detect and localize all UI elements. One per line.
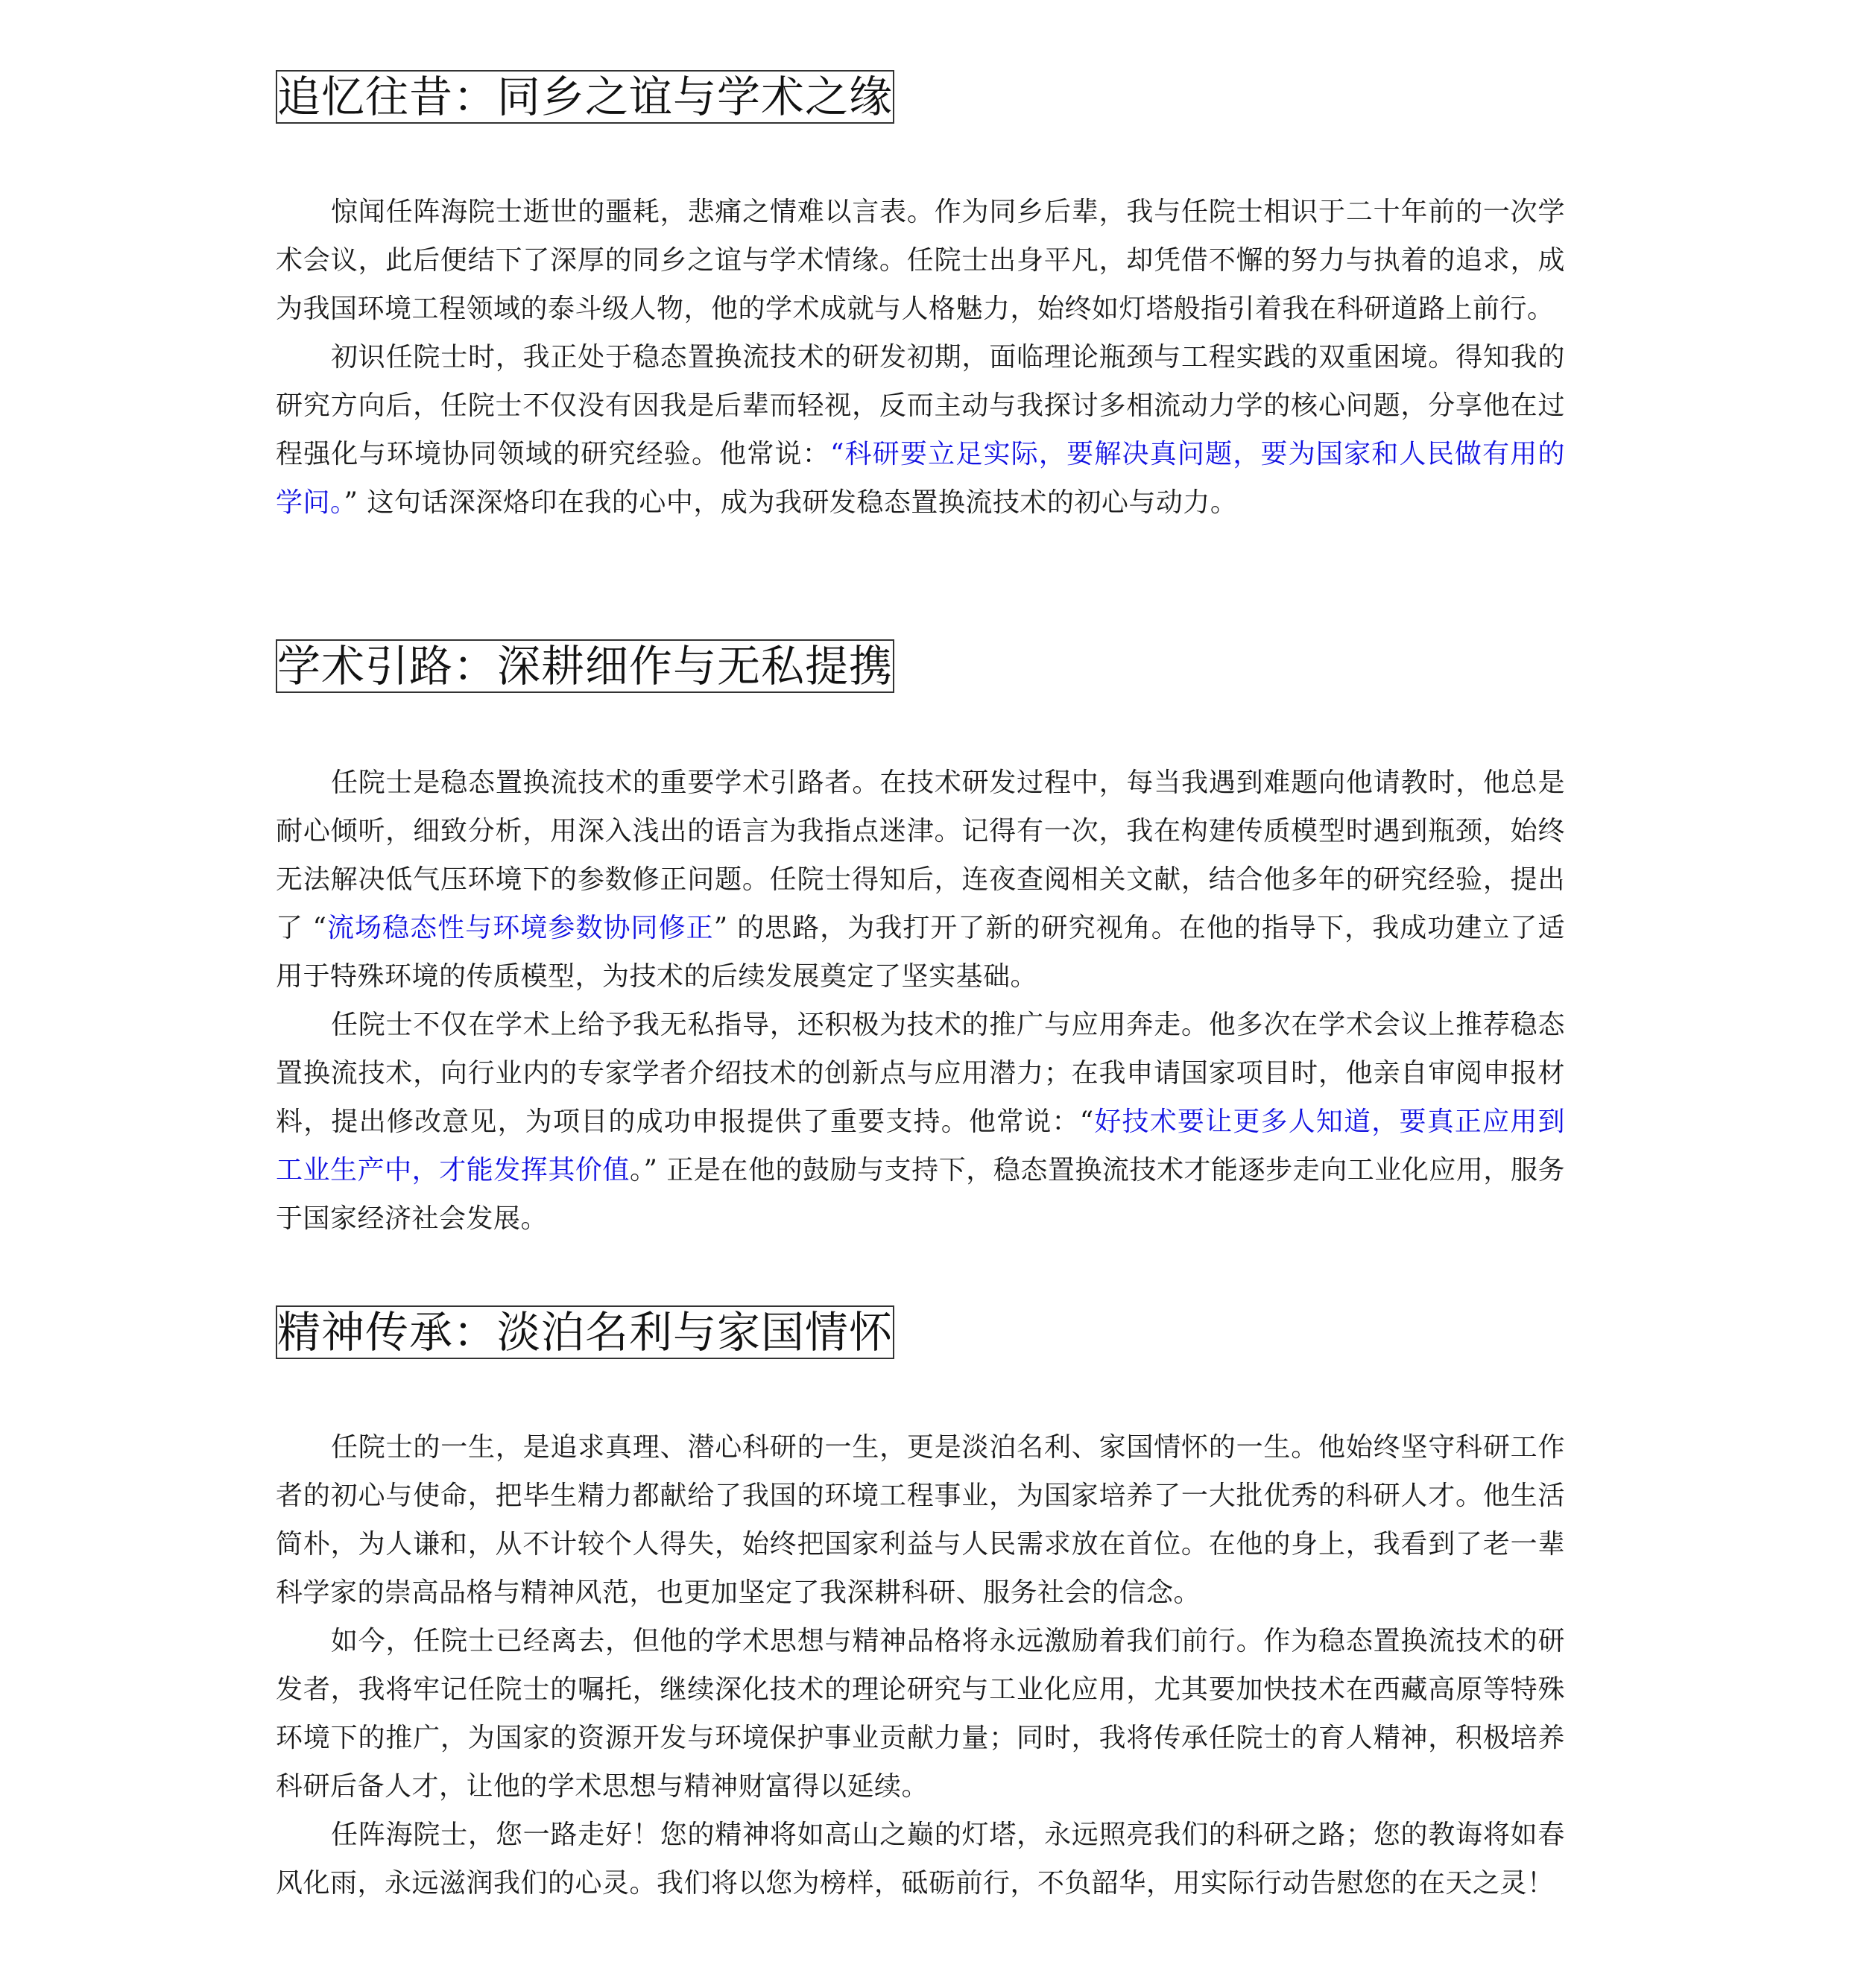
paragraph: 任院士不仅在学术上给予我无私指导，还积极为技术的推广与应用奔走。他多次在学术会议… [276, 1001, 1565, 1243]
paragraph-text: 任阵海院士，您一路走好！您的精神将如高山之巅的灯塔，永远照亮我们的科研之路；您的… [276, 1820, 1565, 1899]
paragraph: 任院士是稳态置换流技术的重要学术引路者。在技术研发过程中，每当我遇到难题向他请教… [276, 759, 1565, 1001]
section-heading-spiritual-legacy: 精神传承：淡泊名利与家国情怀 [276, 1305, 894, 1359]
section-heading-recollection: 追忆往昔：同乡之谊与学术之缘 [276, 70, 894, 124]
paragraph: 如今，任院士已经离去，但他的学术思想与精神品格将永远激励着我们前行。作为稳态置换… [276, 1617, 1565, 1811]
highlighted-quote: 流场稳态性与环境参数协同修正 [326, 913, 713, 943]
section-body-spiritual-legacy: 任院士的一生，是追求真理、潜心科研的一生，更是淡泊名利、家国情怀的一生。他始终坚… [276, 1423, 1565, 1908]
paragraph: 任阵海院士，您一路走好！您的精神将如高山之巅的灯塔，永远照亮我们的科研之路；您的… [276, 1811, 1565, 1908]
paragraph: 初识任院士时，我正处于稳态置换流技术的研发初期，面临理论瓶颈与工程实践的双重困境… [276, 333, 1565, 527]
section-body-academic-guidance: 任院士是稳态置换流技术的重要学术引路者。在技术研发过程中，每当我遇到难题向他请教… [276, 759, 1565, 1243]
paragraph-text: 惊闻任阵海院士逝世的噩耗，悲痛之情难以言表。作为同乡后辈，我与任院士相识于二十年… [276, 197, 1565, 324]
paragraph-text: 任院士的一生，是追求真理、潜心科研的一生，更是淡泊名利、家国情怀的一生。他始终坚… [276, 1432, 1565, 1608]
paragraph: 惊闻任阵海院士逝世的噩耗，悲痛之情难以言表。作为同乡后辈，我与任院士相识于二十年… [276, 188, 1565, 333]
paragraph-text: ” 这句话深深烙印在我的心中，成为我研发稳态置换流技术的初心与动力。 [344, 487, 1238, 518]
section-heading-academic-guidance: 学术引路：深耕细作与无私提携 [276, 639, 894, 693]
paragraph: 任院士的一生，是追求真理、潜心科研的一生，更是淡泊名利、家国情怀的一生。他始终坚… [276, 1423, 1565, 1617]
paragraph-text: 如今，任院士已经离去，但他的学术思想与精神品格将永远激励着我们前行。作为稳态置换… [276, 1626, 1565, 1802]
section-body-recollection: 惊闻任阵海院士逝世的噩耗，悲痛之情难以言表。作为同乡后辈，我与任院士相识于二十年… [276, 188, 1565, 527]
